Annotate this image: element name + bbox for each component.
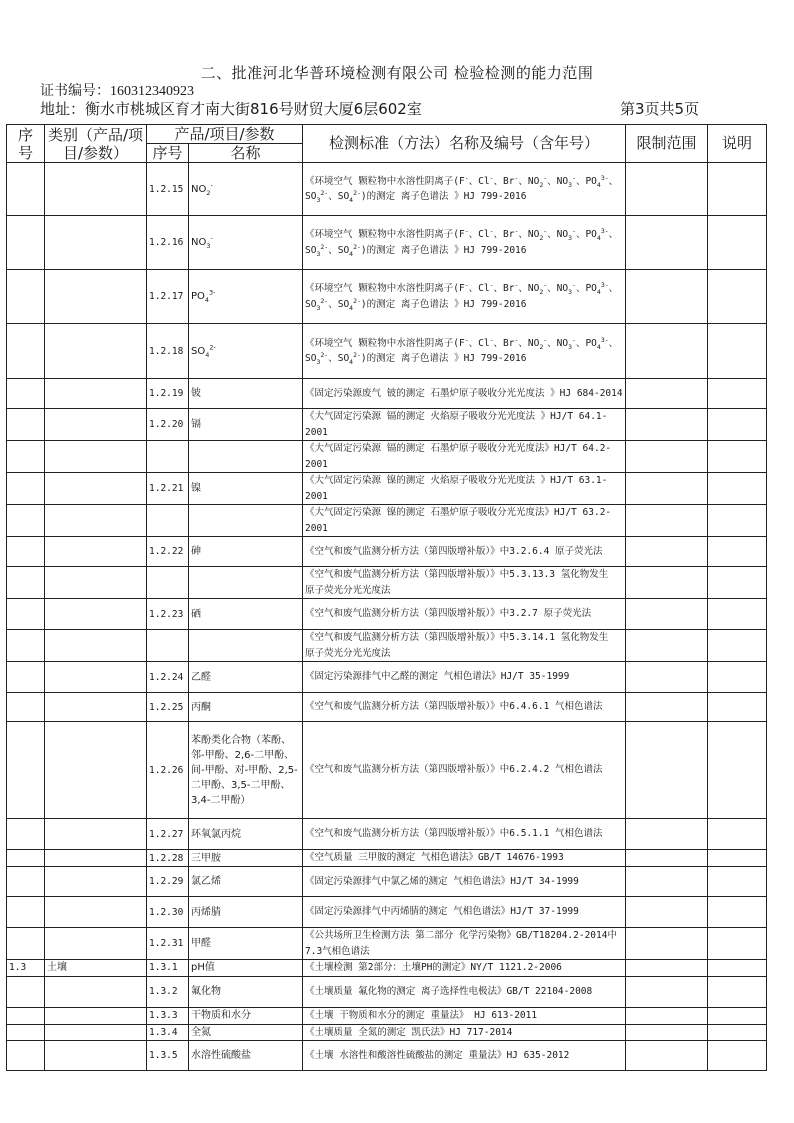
certificate-number: 证书编号：160312340923 [40,80,194,100]
cell-sub-seq: 1.2.29 [147,867,189,897]
cell-standard: 《公共场所卫生检测方法 第二部分 化学污染物》GB/T18204.2-2014中… [303,928,626,960]
cell-note [708,819,767,850]
cell-name: 甲醛 [189,928,303,960]
cell-sub-seq: 1.2.16 [147,216,189,270]
cell-sub-seq [147,567,189,599]
cell-sub-seq: 1.3.2 [147,976,189,1007]
cell-seq [7,976,45,1007]
table-row: 1.2.23硒《空气和废气监测分析方法（第四版增补版）》中3.2.7 原子荧光法 [7,599,767,630]
cell-category [45,928,147,960]
cell-category [45,662,147,693]
cell-sub-seq: 1.2.31 [147,928,189,960]
cell-standard: 《固定污染源废气 铍的测定 石墨炉原子吸收分光光度法 》HJ 684-2014 [303,379,626,409]
cell-limit [626,1041,708,1071]
cell-seq [7,537,45,567]
cell-category [45,473,147,505]
header-limit: 限制范围 [626,125,708,163]
cell-name: 丙烯腈 [189,897,303,928]
cell-note [708,1024,767,1041]
cell-limit [626,850,708,867]
cell-sub-seq: 1.2.20 [147,409,189,441]
cell-category [45,976,147,1007]
cell-standard: 《环境空气 颗粒物中水溶性阴离子(F-、Cl-、Br-、NO2-、NO3-、PO… [303,270,626,324]
cell-category [45,505,147,537]
header-product-group: 产品/项目/参数 [147,125,303,144]
cell-note [708,537,767,567]
cell-sub-seq: 1.3.4 [147,1024,189,1041]
cell-category [45,324,147,379]
cell-name: 氯乙烯 [189,867,303,897]
cell-seq [7,928,45,960]
table-row: 1.2.24乙醛《固定污染源排气中乙醛的测定 气相色谱法》HJ/T 35-199… [7,662,767,693]
cell-limit [626,722,708,819]
cell-standard: 《固定污染源排气中乙醛的测定 气相色谱法》HJ/T 35-1999 [303,662,626,693]
cell-limit [626,819,708,850]
cell-note [708,473,767,505]
table-row: 《大气固定污染源 镍的测定 石墨炉原子吸收分光光度法》HJ/T 63.2-200… [7,505,767,537]
cell-seq [7,1024,45,1041]
cell-limit [626,976,708,1007]
cell-seq [7,850,45,867]
cell-sub-seq: 1.2.25 [147,693,189,722]
cell-note [708,630,767,662]
cell-sub-seq: 1.3.5 [147,1041,189,1071]
cell-note [708,441,767,473]
certificate-label: 证书编号： [40,83,110,99]
cell-limit [626,441,708,473]
cell-category [45,379,147,409]
cell-limit [626,537,708,567]
cell-sub-seq: 1.2.22 [147,537,189,567]
cell-standard: 《环境空气 颗粒物中水溶性阴离子(F-、Cl-、Br-、NO2-、NO3-、PO… [303,216,626,270]
cell-sub-seq: 1.2.18 [147,324,189,379]
cell-note [708,867,767,897]
header-seq: 序号 [7,125,45,163]
cell-sub-seq: 1.2.15 [147,163,189,216]
table-row: 1.2.20镉《大气固定污染源 镉的测定 火焰原子吸收分光光度法 》HJ/T 6… [7,409,767,441]
cell-note [708,216,767,270]
cell-name: 全氮 [189,1024,303,1041]
cell-note [708,722,767,819]
cell-limit [626,599,708,630]
cell-category [45,567,147,599]
cell-sub-seq: 1.2.27 [147,819,189,850]
cell-sub-seq: 1.2.24 [147,662,189,693]
header-note: 说明 [708,125,767,163]
cell-seq [7,473,45,505]
cell-note [708,897,767,928]
cell-category [45,1024,147,1041]
cell-category [45,270,147,324]
cell-standard: 《空气和废气监测分析方法（第四版增补版）》中6.4.6.1 气相色谱法 [303,693,626,722]
cell-limit [626,379,708,409]
cell-category [45,441,147,473]
cell-seq [7,722,45,819]
cell-sub-seq: 1.2.28 [147,850,189,867]
cell-standard: 《土壤质量 氟化物的测定 离子选择性电极法》GB/T 22104-2008 [303,976,626,1007]
cell-standard: 《大气固定污染源 镍的测定 火焰原子吸收分光光度法 》HJ/T 63.1-200… [303,473,626,505]
cell-note [708,1007,767,1024]
cell-limit [626,216,708,270]
cell-category [45,1007,147,1024]
table-row: 1.2.25丙酮《空气和废气监测分析方法（第四版增补版）》中6.4.6.1 气相… [7,693,767,722]
table-row: 1.2.16NO3-《环境空气 颗粒物中水溶性阴离子(F-、Cl-、Br-、NO… [7,216,767,270]
cell-sub-seq: 1.2.19 [147,379,189,409]
cell-seq [7,379,45,409]
cell-name: PO43- [189,270,303,324]
table-row: 《空气和废气监测分析方法（第四版增补版）》中5.3.14.1 氢化物发生 原子荧… [7,630,767,662]
cell-name: 环氧氯丙烷 [189,819,303,850]
cell-limit [626,505,708,537]
cell-seq [7,630,45,662]
cell-seq [7,567,45,599]
table-row: 1.2.30丙烯腈《固定污染源排气中丙烯腈的测定 气相色谱法》HJ/T 37-1… [7,897,767,928]
cell-limit [626,662,708,693]
address: 地址：衡水市桃城区育才南大街816号财贸大厦6层602室 [40,98,422,119]
cell-limit [626,867,708,897]
cell-seq [7,693,45,722]
cell-sub-seq [147,505,189,537]
cell-name: pH值 [189,960,303,977]
cell-name: 苯酚类化合物（苯酚、邻-甲酚、2,6-二甲酚、间-甲酚、对-甲酚、2,5-二甲酚… [189,722,303,819]
cell-sub-seq: 1.3.3 [147,1007,189,1024]
cell-limit [626,163,708,216]
table-row: 1.2.19铍《固定污染源废气 铍的测定 石墨炉原子吸收分光光度法 》HJ 68… [7,379,767,409]
cell-note [708,270,767,324]
header-category: 类别（产品/项目/参数） [45,125,147,163]
cell-seq [7,409,45,441]
cell-standard: 《环境空气 颗粒物中水溶性阴离子(F-、Cl-、Br-、NO2-、NO3-、PO… [303,324,626,379]
cell-sub-seq: 1.2.30 [147,897,189,928]
cell-seq [7,867,45,897]
page-indicator: 第3页共5页 [620,98,699,119]
cell-seq [7,216,45,270]
cell-sub-seq [147,441,189,473]
cell-limit [626,630,708,662]
cell-standard: 《空气和废气监测分析方法（第四版增补版）》中5.3.13.3 氢化物发生 原子荧… [303,567,626,599]
table-row: 1.2.28三甲胺《空气质量 三甲胺的测定 气相色谱法》GB/T 14676-1… [7,850,767,867]
table-row: 1.2.31甲醛《公共场所卫生检测方法 第二部分 化学污染物》GB/T18204… [7,928,767,960]
cell-standard: 《空气和废气监测分析方法（第四版增补版）》中3.2.7 原子荧光法 [303,599,626,630]
cell-note [708,693,767,722]
cell-name: 丙酮 [189,693,303,722]
cell-name: 硒 [189,599,303,630]
table-row: 1.2.22砷《空气和废气监测分析方法（第四版增补版）》中3.2.6.4 原子荧… [7,537,767,567]
cell-note [708,409,767,441]
table-row: 《空气和废气监测分析方法（第四版增补版）》中5.3.13.3 氢化物发生 原子荧… [7,567,767,599]
cell-name [189,441,303,473]
table-row: 1.3.2氟化物《土壤质量 氟化物的测定 离子选择性电极法》GB/T 22104… [7,976,767,1007]
cell-note [708,599,767,630]
table-row: 1.3.3干物质和水分《土壤 干物质和水分的测定 重量法》 HJ 613-201… [7,1007,767,1024]
cell-limit [626,473,708,505]
cell-sub-seq: 1.2.23 [147,599,189,630]
cell-standard: 《空气和废气监测分析方法（第四版增补版）》中6.5.1.1 气相色谱法 [303,819,626,850]
cell-note [708,662,767,693]
cell-name: 镉 [189,409,303,441]
cell-category: 土壤 [45,960,147,977]
cell-standard: 《土壤 干物质和水分的测定 重量法》 HJ 613-2011 [303,1007,626,1024]
cell-category [45,599,147,630]
cell-standard: 《环境空气 颗粒物中水溶性阴离子(F-、Cl-、Br-、NO2-、NO3-、PO… [303,163,626,216]
cell-name: 三甲胺 [189,850,303,867]
cell-limit [626,897,708,928]
cell-name: 氟化物 [189,976,303,1007]
table-row: 1.2.18SO42-《环境空气 颗粒物中水溶性阴离子(F-、Cl-、Br-、N… [7,324,767,379]
cell-name [189,567,303,599]
table-row: 1.3.4全氮《土壤质量 全氮的测定 凯氏法》HJ 717-2014 [7,1024,767,1041]
cell-note [708,960,767,977]
cell-standard: 《空气和废气监测分析方法（第四版增补版）》中5.3.14.1 氢化物发生 原子荧… [303,630,626,662]
capability-table: 序号 类别（产品/项目/参数） 产品/项目/参数 检测标准（方法）名称及编号（含… [6,124,767,1071]
cell-limit [626,270,708,324]
cell-category [45,819,147,850]
table-row: 1.2.15NO2-《环境空气 颗粒物中水溶性阴离子(F-、Cl-、Br-、NO… [7,163,767,216]
cell-limit [626,324,708,379]
cell-seq [7,1007,45,1024]
cell-note [708,850,767,867]
cell-category [45,216,147,270]
table-row: 1.2.21镍《大气固定污染源 镍的测定 火焰原子吸收分光光度法 》HJ/T 6… [7,473,767,505]
cell-note [708,928,767,960]
cell-standard: 《大气固定污染源 镉的测定 火焰原子吸收分光光度法 》HJ/T 64.1-200… [303,409,626,441]
cell-sub-seq: 1.2.26 [147,722,189,819]
cell-category [45,163,147,216]
cell-category [45,537,147,567]
table-row: 1.3.5水溶性硫酸盐《土壤 水溶性和酸溶性硫酸盐的测定 重量法》HJ 635-… [7,1041,767,1071]
cell-limit [626,960,708,977]
cell-name: NO2- [189,163,303,216]
cell-standard: 《土壤 水溶性和酸溶性硫酸盐的测定 重量法》HJ 635-2012 [303,1041,626,1071]
cell-sub-seq: 1.2.17 [147,270,189,324]
cell-name: 镍 [189,473,303,505]
table-row: 1.2.17PO43-《环境空气 颗粒物中水溶性阴离子(F-、Cl-、Br-、N… [7,270,767,324]
cell-standard: 《空气质量 三甲胺的测定 气相色谱法》GB/T 14676-1993 [303,850,626,867]
cell-limit [626,1007,708,1024]
table-row: 1.2.26苯酚类化合物（苯酚、邻-甲酚、2,6-二甲酚、间-甲酚、对-甲酚、2… [7,722,767,819]
cell-note [708,505,767,537]
address-value: 衡水市桃城区育才南大街816号财贸大厦6层602室 [85,100,422,118]
cell-standard: 《土壤检测 第2部分：土壤PH的测定》NY/T 1121.2-2006 [303,960,626,977]
cell-seq [7,897,45,928]
cell-seq [7,1041,45,1071]
cell-seq [7,599,45,630]
cell-note [708,379,767,409]
table-row: 1.3土壤1.3.1pH值《土壤检测 第2部分：土壤PH的测定》NY/T 112… [7,960,767,977]
cell-name [189,505,303,537]
cell-note [708,1041,767,1071]
cell-seq: 1.3 [7,960,45,977]
cell-standard: 《土壤质量 全氮的测定 凯氏法》HJ 717-2014 [303,1024,626,1041]
cell-seq [7,819,45,850]
cell-seq [7,324,45,379]
cell-category [45,409,147,441]
cell-name: NO3- [189,216,303,270]
table-row: 《大气固定污染源 镉的测定 石墨炉原子吸收分光光度法》HJ/T 64.2-200… [7,441,767,473]
cell-seq [7,441,45,473]
cell-name: SO42- [189,324,303,379]
cell-note [708,163,767,216]
cell-name [189,630,303,662]
cell-standard: 《空气和废气监测分析方法（第四版增补版）》中3.2.6.4 原子荧光法 [303,537,626,567]
cell-seq [7,163,45,216]
cell-standard: 《固定污染源排气中丙烯腈的测定 气相色谱法》HJ/T 37-1999 [303,897,626,928]
table-row: 1.2.29氯乙烯《固定污染源排气中氯乙烯的测定 气相色谱法》HJ/T 34-1… [7,867,767,897]
cell-standard: 《大气固定污染源 镍的测定 石墨炉原子吸收分光光度法》HJ/T 63.2-200… [303,505,626,537]
cell-standard: 《空气和废气监测分析方法（第四版增补版）》中6.2.4.2 气相色谱法 [303,722,626,819]
cell-sub-seq: 1.3.1 [147,960,189,977]
cell-category [45,897,147,928]
header-standard: 检测标准（方法）名称及编号（含年号） [303,125,626,163]
cell-category [45,722,147,819]
cell-category [45,867,147,897]
certificate-value: 160312340923 [110,84,194,99]
cell-seq [7,662,45,693]
cell-sub-seq [147,630,189,662]
cell-category [45,693,147,722]
cell-category [45,1041,147,1071]
cell-category [45,630,147,662]
header-sub-seq: 序号 [147,144,189,163]
cell-note [708,324,767,379]
cell-note [708,976,767,1007]
address-label: 地址： [40,100,85,118]
cell-note [708,567,767,599]
cell-standard: 《固定污染源排气中氯乙烯的测定 气相色谱法》HJ/T 34-1999 [303,867,626,897]
cell-limit [626,693,708,722]
cell-name: 干物质和水分 [189,1007,303,1024]
table-row: 1.2.27环氧氯丙烷《空气和废气监测分析方法（第四版增补版）》中6.5.1.1… [7,819,767,850]
cell-limit [626,1024,708,1041]
cell-seq [7,270,45,324]
cell-limit [626,928,708,960]
cell-limit [626,567,708,599]
cell-sub-seq: 1.2.21 [147,473,189,505]
cell-seq [7,505,45,537]
cell-limit [626,409,708,441]
cell-category [45,850,147,867]
cell-name: 铍 [189,379,303,409]
cell-standard: 《大气固定污染源 镉的测定 石墨炉原子吸收分光光度法》HJ/T 64.2-200… [303,441,626,473]
cell-name: 砷 [189,537,303,567]
cell-name: 水溶性硫酸盐 [189,1041,303,1071]
cell-name: 乙醛 [189,662,303,693]
header-sub-name: 名称 [189,144,303,163]
